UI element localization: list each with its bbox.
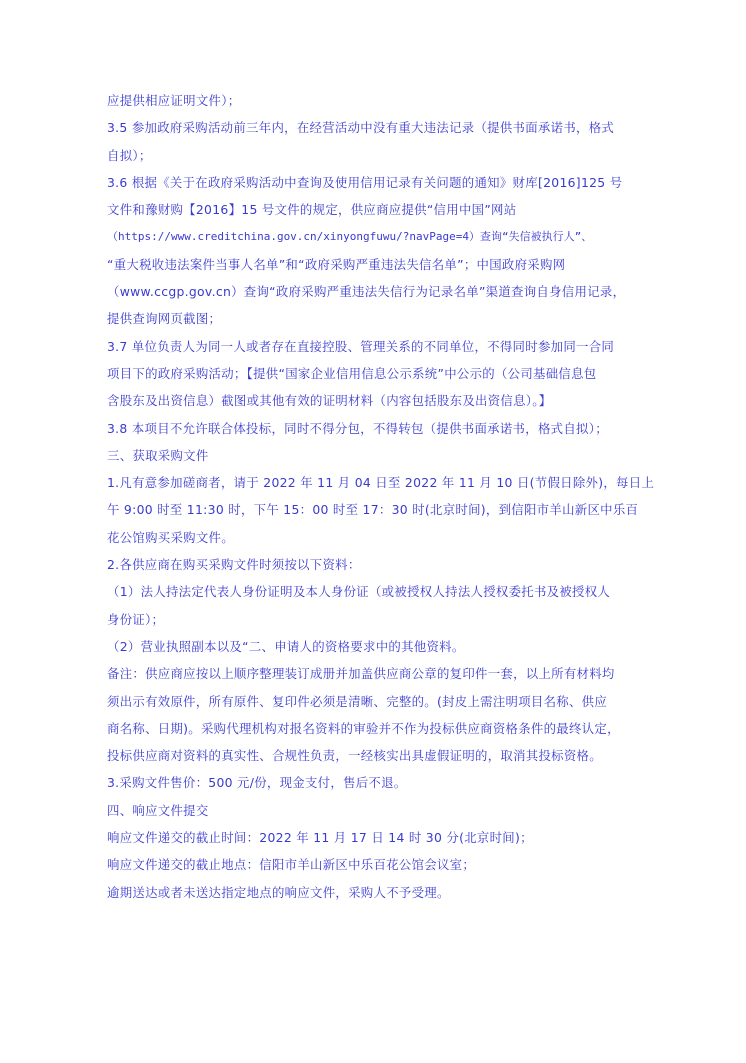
text-line: 响应文件递交的截止时间：2022 年 11 月 17 日 14 时 30 分(北… (107, 824, 639, 851)
text-line: 午 9:00 时至 11:30 时，下午 15：00 时至 17：30 时(北京… (107, 496, 639, 523)
text-line: 商名称、日期)。采购代理机构对报名资料的审验并不作为投标供应商资格条件的最终认定… (107, 715, 639, 742)
text-line: “重大税收违法案件当事人名单”和“政府采购严重违法失信名单”；中国政府采购网 (107, 251, 639, 278)
text-line: （2）营业执照副本以及“二、申请人的资格要求中的其他资料。 (107, 633, 639, 660)
text-line: 含股东及出资信息）截图或其他有效的证明材料（内容包括股东及出资信息）。】 (107, 387, 639, 414)
text-line: 应提供相应证明文件）； (107, 87, 639, 114)
text-line: 3.6 根据《关于在政府采购活动中查询及使用信用记录有关问题的通知》财库[201… (107, 169, 639, 196)
text-line: 3.7 单位负责人为同一人或者存在直接控股、管理关系的不同单位，不得同时参加同一… (107, 333, 639, 360)
text-line: 投标供应商对资料的真实性、合规性负责，一经核实出具虚假证明的，取消其投标资格。 (107, 742, 639, 769)
url-line: （https://www.creditchina.gov.cn/xinyongf… (107, 223, 639, 250)
text-line: 须出示有效原件，所有原件、复印件必须是清晰、完整的。(封皮上需注明项目名称、供应 (107, 688, 639, 715)
text-line: 自拟）； (107, 142, 639, 169)
section-heading: 三、获取采购文件 (107, 442, 639, 469)
text-line: （1）法人持法定代表人身份证明及本人身份证（或被授权人持法人授权委托书及被授权人 (107, 578, 639, 605)
text-line: 花公馆购买采购文件。 (107, 524, 639, 551)
text-line: 响应文件递交的截止地点：信阳市羊山新区中乐百花公馆会议室； (107, 851, 639, 878)
text-line: 提供查询网页截图； (107, 305, 639, 332)
text-line: 2.各供应商在购买采购文件时须按以下资料： (107, 551, 639, 578)
text-line: 身份证）； (107, 606, 639, 633)
text-line: 3.5 参加政府采购活动前三年内，在经营活动中没有重大违法记录（提供书面承诺书，… (107, 114, 639, 141)
text-line: （www.ccgp.gov.cn）查询“政府采购严重违法失信行为记录名单”渠道查… (107, 278, 639, 305)
text-line: 逾期送达或者未送达指定地点的响应文件，采购人不予受理。 (107, 879, 639, 906)
text-line: 3.8 本项目不允许联合体投标，同时不得分包，不得转包（提供书面承诺书，格式自拟… (107, 415, 639, 442)
text-line: 项目下的政府采购活动；【提供“国家企业信用信息公示系统”中公示的（公司基础信息包 (107, 360, 639, 387)
text-line: 1.凡有意参加磋商者，请于 2022 年 11 月 04 日至 2022 年 1… (107, 469, 639, 496)
text-line: 备注：供应商应按以上顺序整理装订成册并加盖供应商公章的复印件一套，以上所有材料均 (107, 660, 639, 687)
text-line: 文件和豫财购【2016】15 号文件的规定，供应商应提供“信用中国”网站 (107, 196, 639, 223)
text-line: 3.采购文件售价：500 元/份，现金支付，售后不退。 (107, 769, 639, 796)
section-heading: 四、响应文件提交 (107, 797, 639, 824)
document-page: 应提供相应证明文件）； 3.5 参加政府采购活动前三年内，在经营活动中没有重大违… (107, 87, 639, 906)
